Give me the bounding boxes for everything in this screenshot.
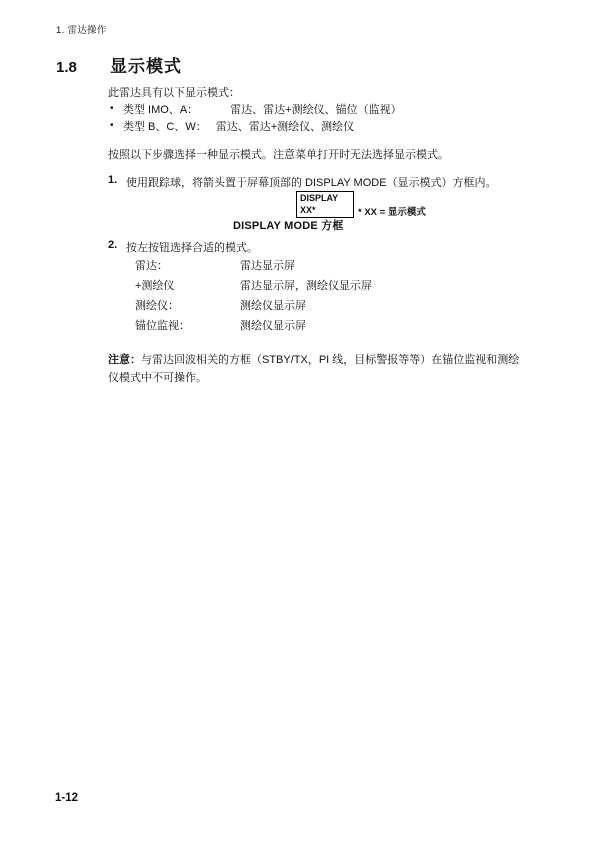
type-value: 雷达、雷达+测绘仪、测绘仪 xyxy=(216,118,354,134)
section-number: 1.8 xyxy=(56,59,110,76)
display-box-line2: XX* xyxy=(300,205,353,217)
instruction-text: 按照以下步骤选择一种显示模式。注意菜单打开时无法选择显示模式。 xyxy=(108,146,449,162)
page-number: 1-12 xyxy=(55,792,78,804)
type-label: 类型 B、C、W： xyxy=(123,118,207,134)
mode-desc: 测绘仪显示屏 xyxy=(240,297,306,313)
step-text: 使用跟踪球，将箭头置于屏幕顶部的 DISPLAY MODE（显示模式）方框内。 xyxy=(126,174,497,190)
mode-row: +测绘仪 雷达显示屏，测绘仪显示屏 xyxy=(135,275,372,295)
manual-page: 1. 雷达操作 1.8 显示模式 此雷达具有以下显示模式： • 类型 IMO、A… xyxy=(0,0,595,842)
mode-label: 测绘仪： xyxy=(135,297,240,313)
step-number: 1. xyxy=(108,174,126,190)
step-number: 2. xyxy=(108,239,126,255)
type-label: 类型 IMO、A： xyxy=(123,101,198,117)
display-mode-box: DISPLAY XX* xyxy=(296,191,354,218)
mode-desc: 雷达显示屏，测绘仪显示屏 xyxy=(240,277,372,293)
note-text: 与雷达回波相关的方框（STBY/TX，PI 线，目标警报等等）在锚位监视和测绘仪… xyxy=(108,354,519,384)
section-title: 显示模式 xyxy=(110,52,182,77)
list-item: • 类型 IMO、A： 雷达、雷达+测绘仪、锚位（监视） xyxy=(110,100,402,117)
mode-label: +测绘仪 xyxy=(135,277,240,293)
bullet-icon: • xyxy=(110,103,123,114)
type-value: 雷达、雷达+测绘仪、锚位（监视） xyxy=(230,101,401,117)
display-box-note: * XX = 显示模式 xyxy=(358,204,426,218)
note-label: 注意： xyxy=(108,354,141,366)
mode-description-list: 雷达： 雷达显示屏 +测绘仪 雷达显示屏，测绘仪显示屏 测绘仪： 测绘仪显示屏 … xyxy=(135,255,372,335)
step-text: 按左按钮选择合适的模式。 xyxy=(126,239,258,255)
mode-desc: 测绘仪显示屏 xyxy=(240,317,306,333)
mode-label: 雷达： xyxy=(135,257,240,273)
step-2: 2. 按左按钮选择合适的模式。 xyxy=(108,239,258,255)
display-type-list: • 类型 IMO、A： 雷达、雷达+测绘仪、锚位（监视） • 类型 B、C、W：… xyxy=(110,100,402,134)
note-paragraph: 注意：与雷达回波相关的方框（STBY/TX，PI 线，目标警报等等）在锚位监视和… xyxy=(108,351,523,387)
mode-row: 锚位监视： 测绘仪显示屏 xyxy=(135,315,372,335)
intro-text: 此雷达具有以下显示模式： xyxy=(108,84,240,100)
section-heading: 1.8 显示模式 xyxy=(56,52,182,77)
mode-row: 测绘仪： 测绘仪显示屏 xyxy=(135,295,372,315)
mode-row: 雷达： 雷达显示屏 xyxy=(135,255,372,275)
display-box-line1: DISPLAY xyxy=(300,193,353,205)
step-1: 1. 使用跟踪球，将箭头置于屏幕顶部的 DISPLAY MODE（显示模式）方框… xyxy=(108,174,497,190)
list-item: • 类型 B、C、W： 雷达、雷达+测绘仪、测绘仪 xyxy=(110,117,402,134)
bullet-icon: • xyxy=(110,120,123,131)
mode-label: 锚位监视： xyxy=(135,317,240,333)
mode-desc: 雷达显示屏 xyxy=(240,257,295,273)
chapter-header: 1. 雷达操作 xyxy=(56,22,107,36)
display-box-caption: DISPLAY MODE 方框 xyxy=(233,217,344,233)
